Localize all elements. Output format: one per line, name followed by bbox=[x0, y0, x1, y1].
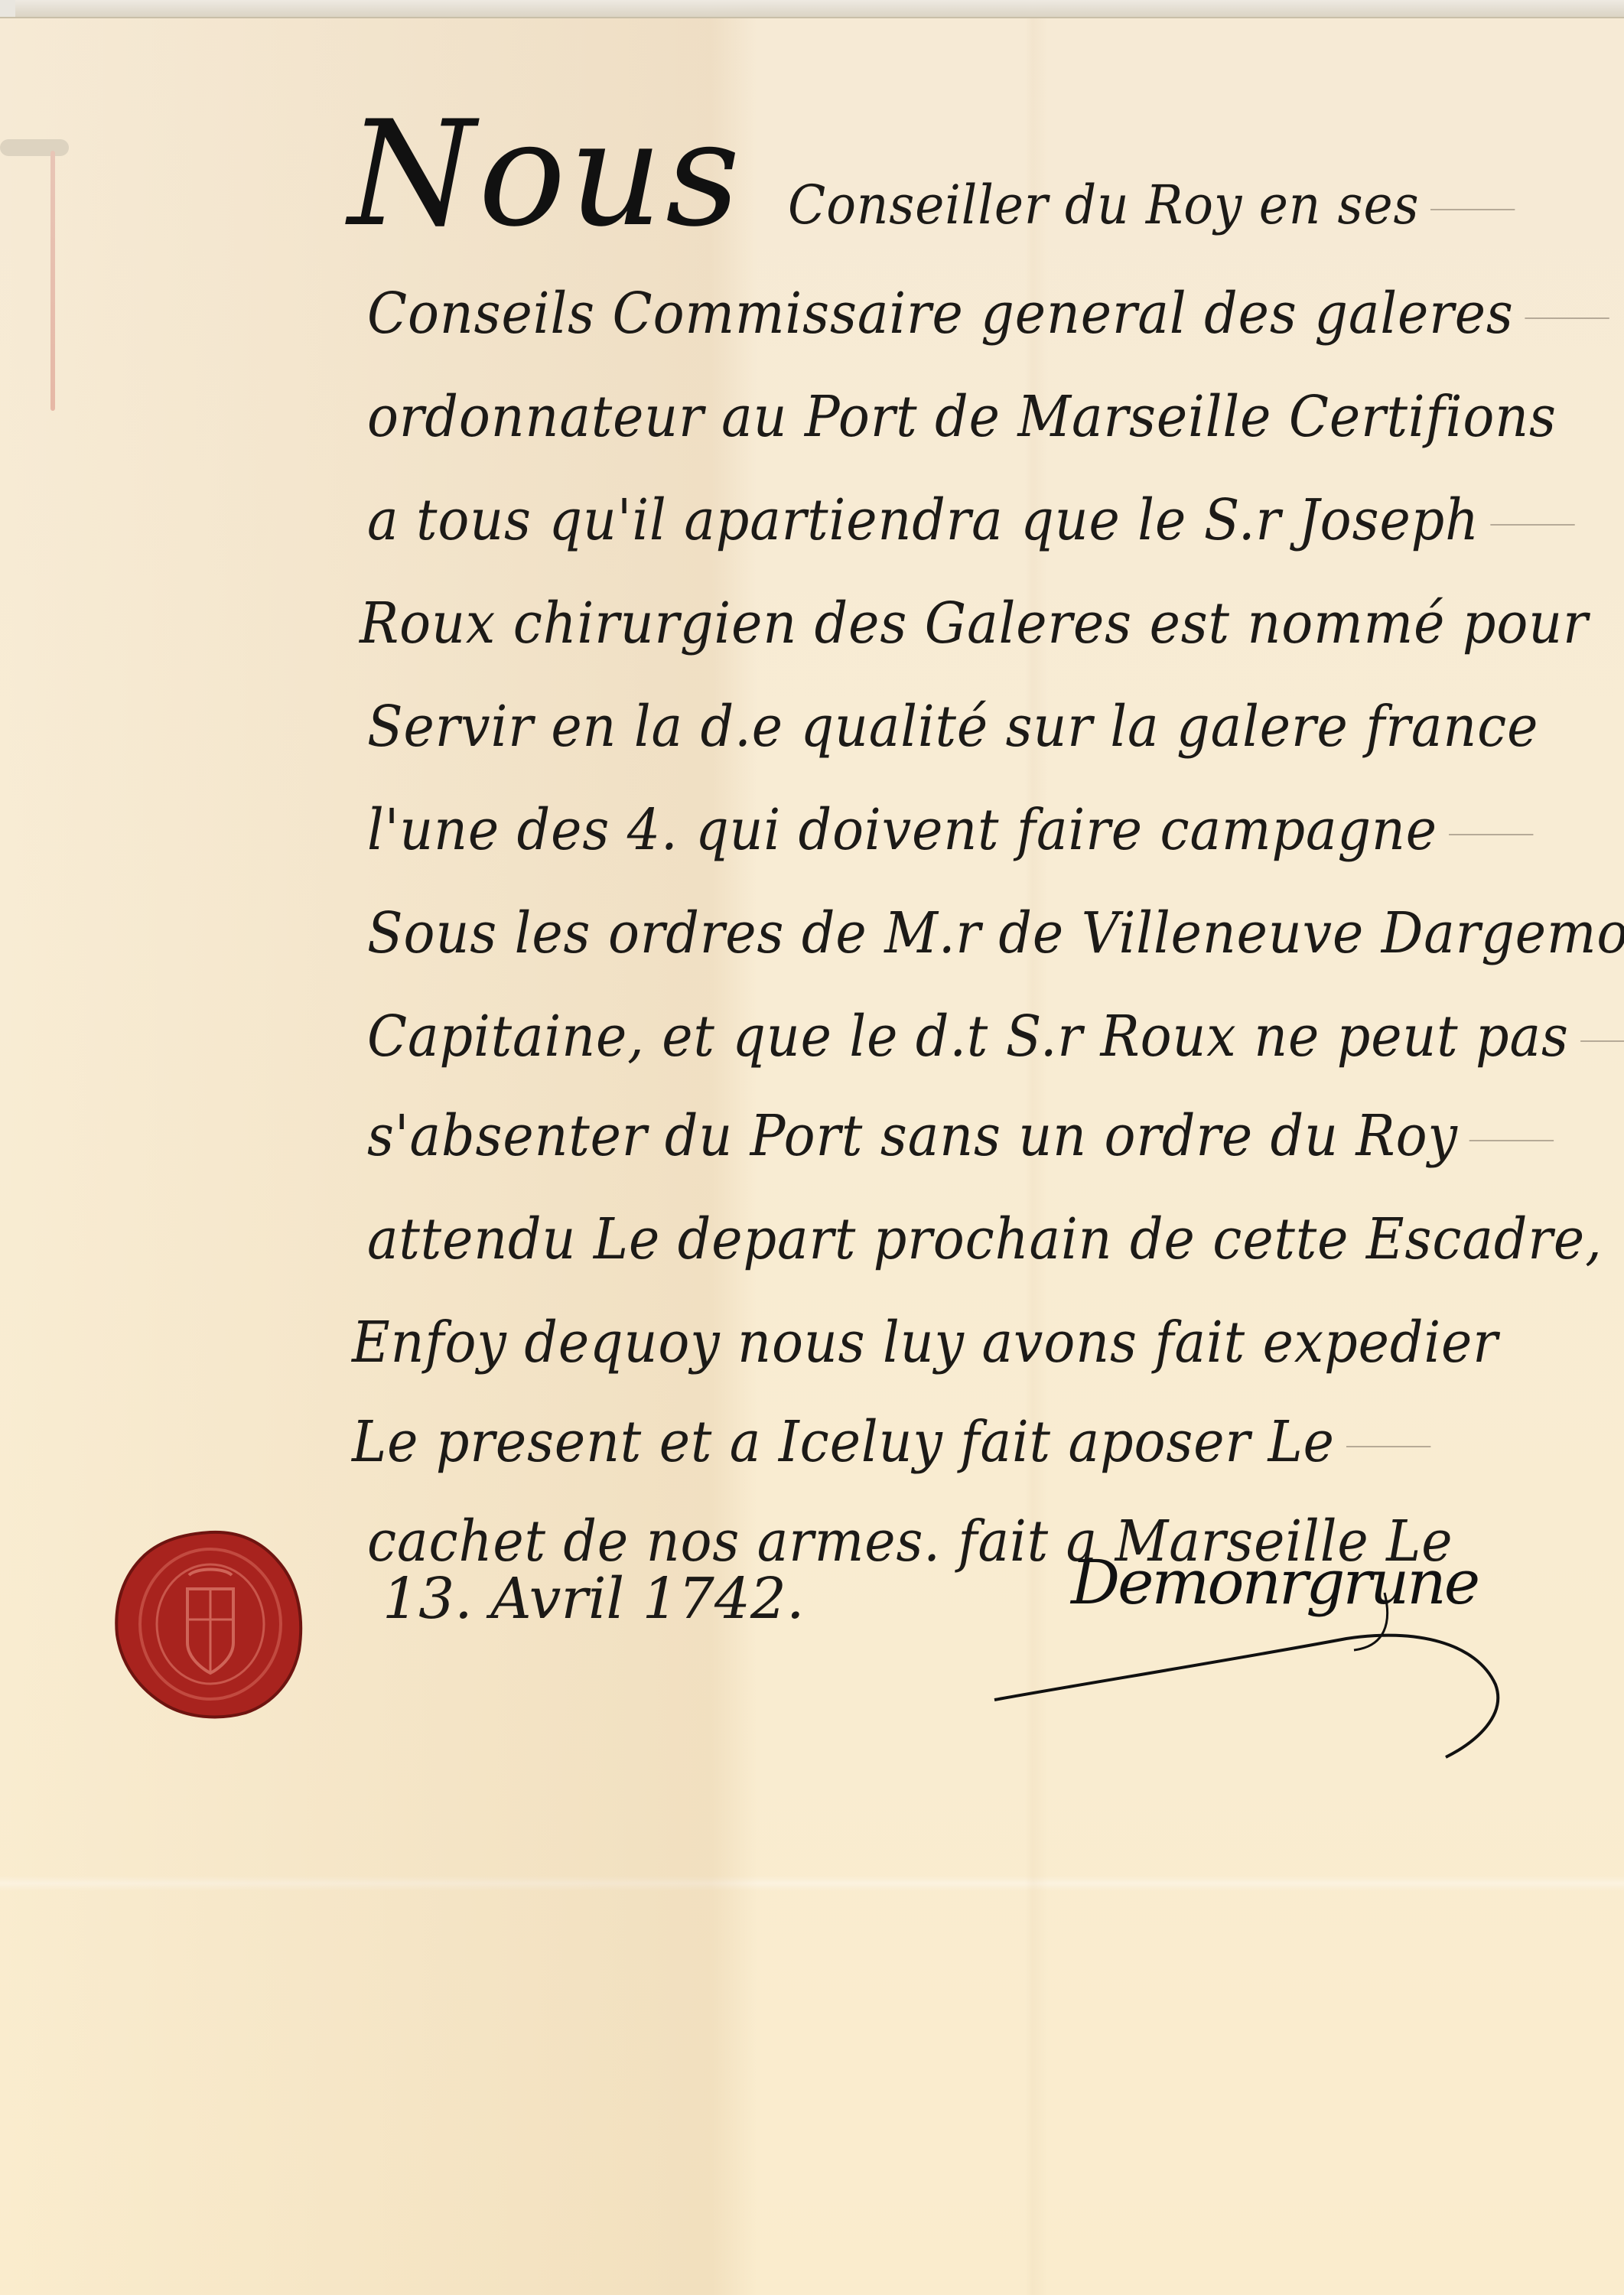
document-line: Conseiller du Roy en ses bbox=[788, 174, 1515, 236]
document-page: Nous Conseiller du Roy en sesConseils Co… bbox=[0, 17, 1624, 2295]
document-line-text: ordonnateur au Port de Marseille Certifi… bbox=[367, 384, 1557, 450]
document-line: Sous les ordres de M.r de Villeneuve Dar… bbox=[367, 900, 1624, 966]
document-line: Servir en la d.e qualité sur la galere f… bbox=[367, 694, 1538, 760]
document-line: a tous qu'il apartiendra que le S.r Jose… bbox=[367, 487, 1575, 553]
document-line-text: Le present et a Iceluy fait aposer Le bbox=[352, 1409, 1335, 1475]
document-line-text: Servir en la d.e qualité sur la galere f… bbox=[367, 694, 1538, 760]
document-line: s'absenter du Port sans un ordre du Roy bbox=[367, 1103, 1554, 1169]
document-line-text: Conseiller du Roy en ses bbox=[788, 174, 1419, 236]
document-date: 13. Avril 1742. bbox=[382, 1566, 805, 1632]
document-line: Roux chirurgien des Galeres est nommé po… bbox=[360, 591, 1589, 656]
wax-seal-icon bbox=[111, 1528, 310, 1719]
decorative-initial-word: Nous bbox=[348, 90, 744, 259]
document-line: attendu Le depart prochain de cette Esca… bbox=[367, 1206, 1603, 1272]
document-line-text: Conseils Commissaire general des galeres bbox=[367, 281, 1514, 347]
document-line-text: attendu Le depart prochain de cette Esca… bbox=[367, 1206, 1603, 1272]
line-filler-stroke bbox=[1469, 1140, 1554, 1141]
line-filler-stroke bbox=[1580, 1040, 1624, 1042]
binding-string bbox=[50, 151, 55, 411]
document-line-text: Roux chirurgien des Galeres est nommé po… bbox=[360, 591, 1589, 656]
line-filler-stroke bbox=[1525, 317, 1609, 319]
binding-string-knot bbox=[0, 139, 69, 156]
document-line: l'une des 4. qui doivent faire campagne bbox=[367, 797, 1533, 863]
line-filler-stroke bbox=[1430, 209, 1515, 210]
document-line-text: s'absenter du Port sans un ordre du Roy bbox=[367, 1103, 1458, 1169]
document-line: ordonnateur au Port de Marseille Certifi… bbox=[367, 384, 1557, 450]
line-filler-stroke bbox=[1449, 834, 1533, 835]
document-line-text: Capitaine, et que le d.t S.r Roux ne peu… bbox=[367, 1004, 1569, 1069]
line-filler-stroke bbox=[1491, 524, 1575, 526]
document-line: Capitaine, et que le d.t S.r Roux ne peu… bbox=[367, 1004, 1624, 1069]
signature-flourish-icon bbox=[987, 1570, 1522, 1761]
document-line-text: a tous qu'il apartiendra que le S.r Jose… bbox=[367, 487, 1479, 553]
document-line-text: Sous les ordres de M.r de Villeneuve Dar… bbox=[367, 900, 1624, 966]
document-line-text: l'une des 4. qui doivent faire campagne bbox=[367, 797, 1437, 863]
document-line-text: Enfoy dequoy nous luy avons fait expedie… bbox=[352, 1310, 1499, 1375]
document-line: Enfoy dequoy nous luy avons fait expedie… bbox=[352, 1310, 1499, 1375]
line-filler-stroke bbox=[1346, 1446, 1430, 1447]
document-line: Conseils Commissaire general des galeres bbox=[367, 281, 1609, 347]
document-line: Le present et a Iceluy fait aposer Le bbox=[352, 1409, 1430, 1475]
